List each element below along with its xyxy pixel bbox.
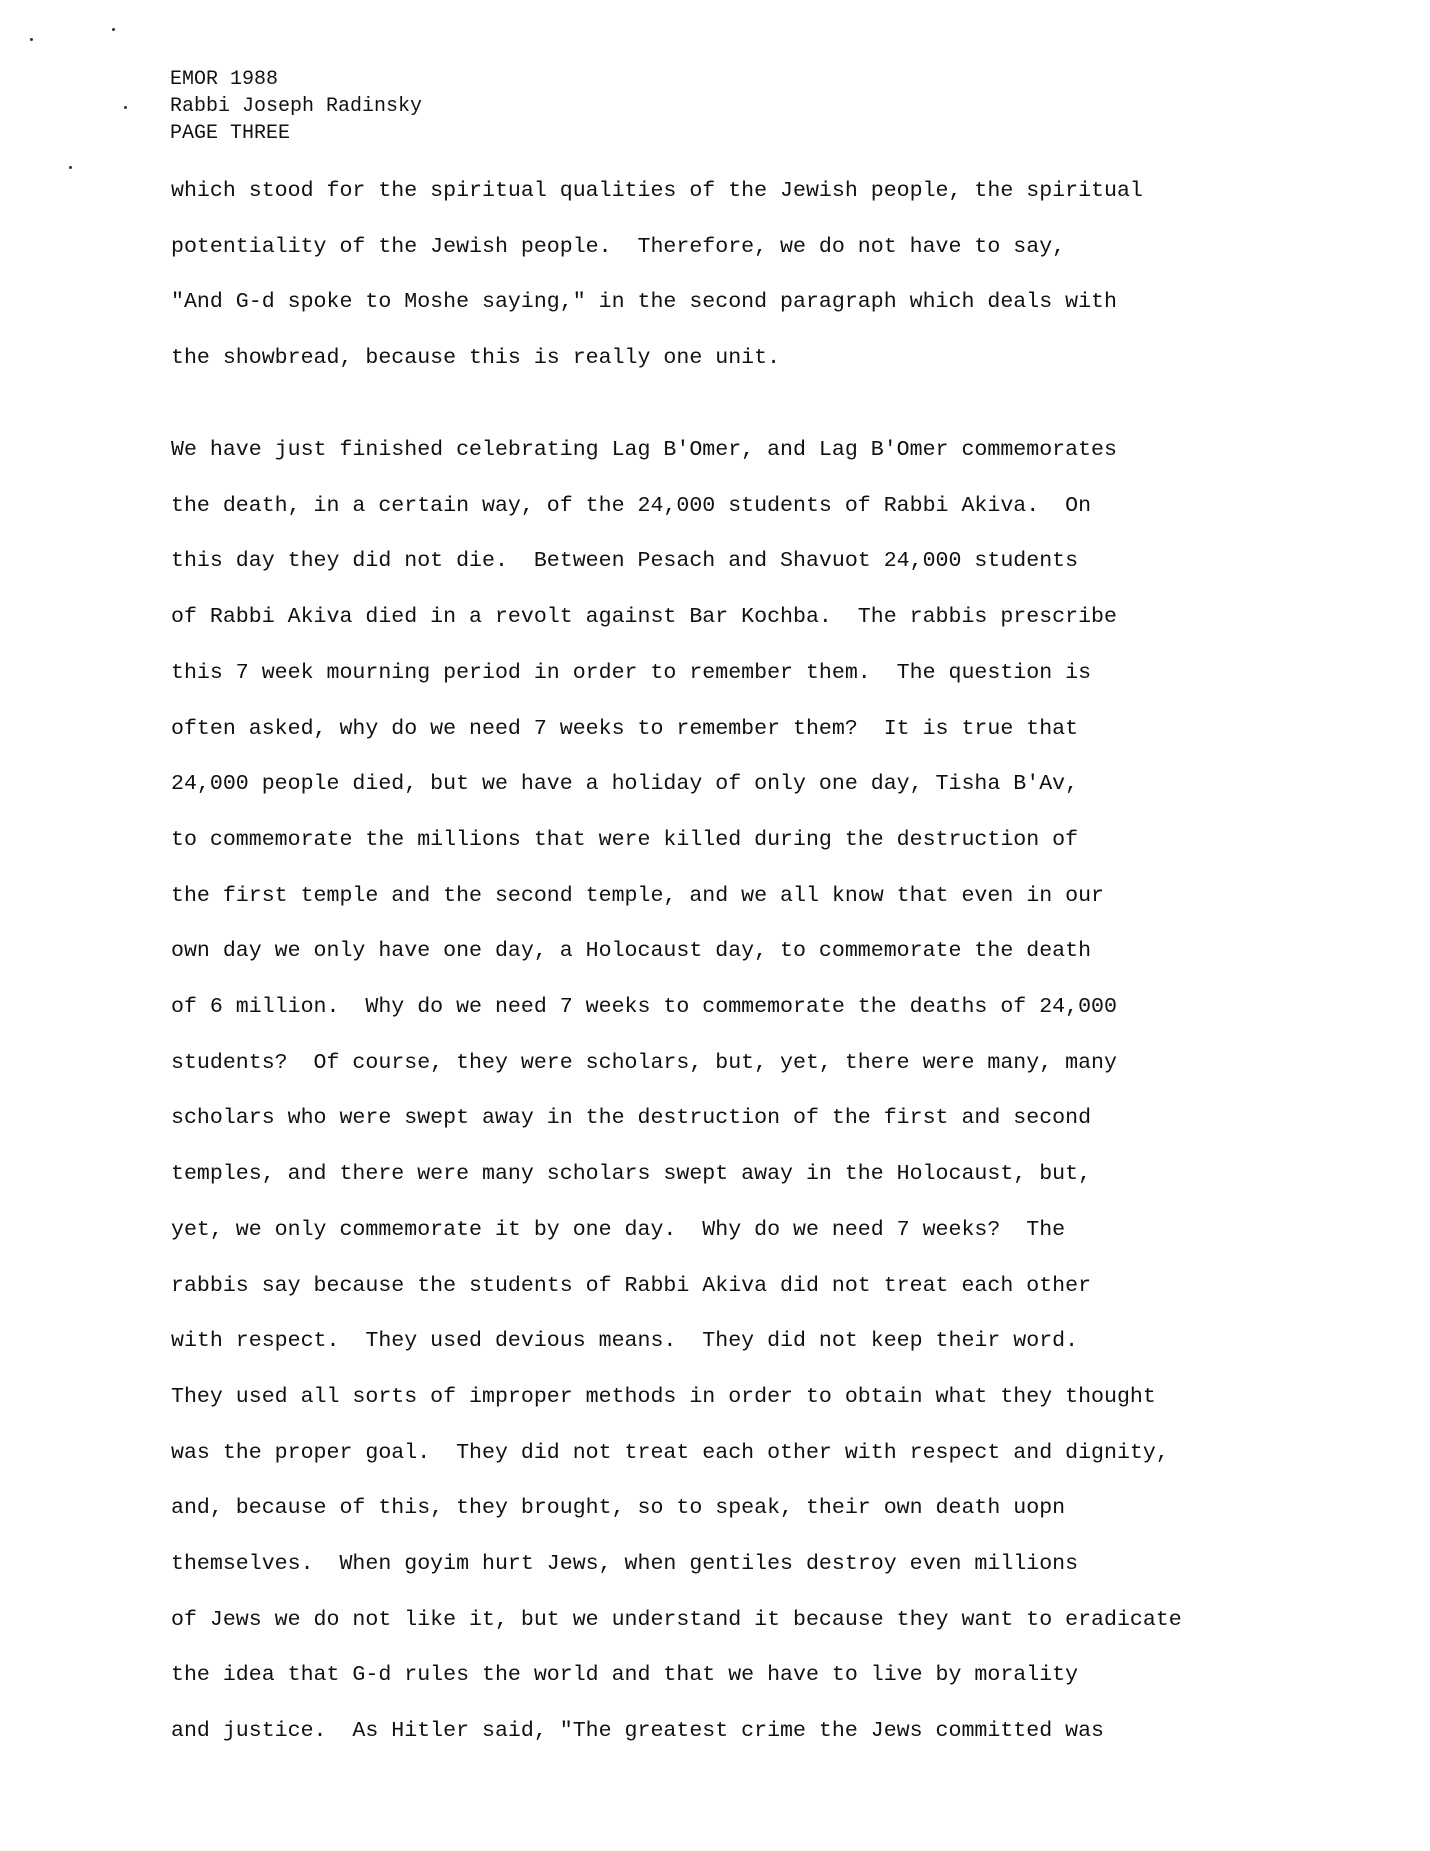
document-header: EMOR 1988 Rabbi Joseph Radinsky PAGE THR… (170, 66, 422, 147)
text-line: yet, we only commemorate it by one day. … (171, 1216, 1065, 1244)
text-line: themselves. When goyim hurt Jews, when g… (171, 1550, 1078, 1578)
document-page: EMOR 1988 Rabbi Joseph Radinsky PAGE THR… (0, 0, 1430, 1851)
text-line: of Jews we do not like it, but we unders… (171, 1606, 1182, 1634)
text-line: this 7 week mourning period in order to … (171, 659, 1091, 687)
text-line: the death, in a certain way, of the 24,0… (171, 492, 1091, 520)
text-line: 24,000 people died, but we have a holida… (171, 770, 1078, 798)
text-line: which stood for the spiritual qualities … (171, 177, 1143, 205)
text-line: the first temple and the second temple, … (171, 882, 1104, 910)
text-line: potentiality of the Jewish people. There… (171, 233, 1065, 261)
text-line: We have just finished celebrating Lag B'… (171, 436, 1117, 464)
text-line: this day they did not die. Between Pesac… (171, 547, 1078, 575)
text-line: the showbread, because this is really on… (171, 344, 780, 372)
text-line: and justice. As Hitler said, "The greate… (171, 1717, 1104, 1745)
text-line: of Rabbi Akiva died in a revolt against … (171, 603, 1117, 631)
text-line: rabbis say because the students of Rabbi… (171, 1272, 1091, 1300)
text-line: students? Of course, they were scholars,… (171, 1049, 1117, 1077)
header-page-number: PAGE THREE (170, 120, 422, 147)
text-line: to commemorate the millions that were ki… (171, 826, 1078, 854)
header-title: EMOR 1988 (170, 66, 422, 93)
text-line: of 6 million. Why do we need 7 weeks to … (171, 993, 1117, 1021)
text-line: the idea that G-d rules the world and th… (171, 1661, 1078, 1689)
text-line: They used all sorts of improper methods … (171, 1383, 1156, 1411)
scan-speck (69, 166, 72, 169)
scan-speck (30, 38, 33, 41)
text-line: temples, and there were many scholars sw… (171, 1160, 1091, 1188)
text-line: own day we only have one day, a Holocaus… (171, 937, 1091, 965)
header-author: Rabbi Joseph Radinsky (170, 93, 422, 120)
text-line: and, because of this, they brought, so t… (171, 1494, 1065, 1522)
text-line: was the proper goal. They did not treat … (171, 1439, 1169, 1467)
scan-speck (112, 28, 115, 31)
text-line: with respect. They used devious means. T… (171, 1327, 1078, 1355)
scan-speck (124, 106, 127, 109)
text-line: often asked, why do we need 7 weeks to r… (171, 715, 1078, 743)
text-line: scholars who were swept away in the dest… (171, 1104, 1091, 1132)
text-line: "And G-d spoke to Moshe saying," in the … (171, 288, 1117, 316)
